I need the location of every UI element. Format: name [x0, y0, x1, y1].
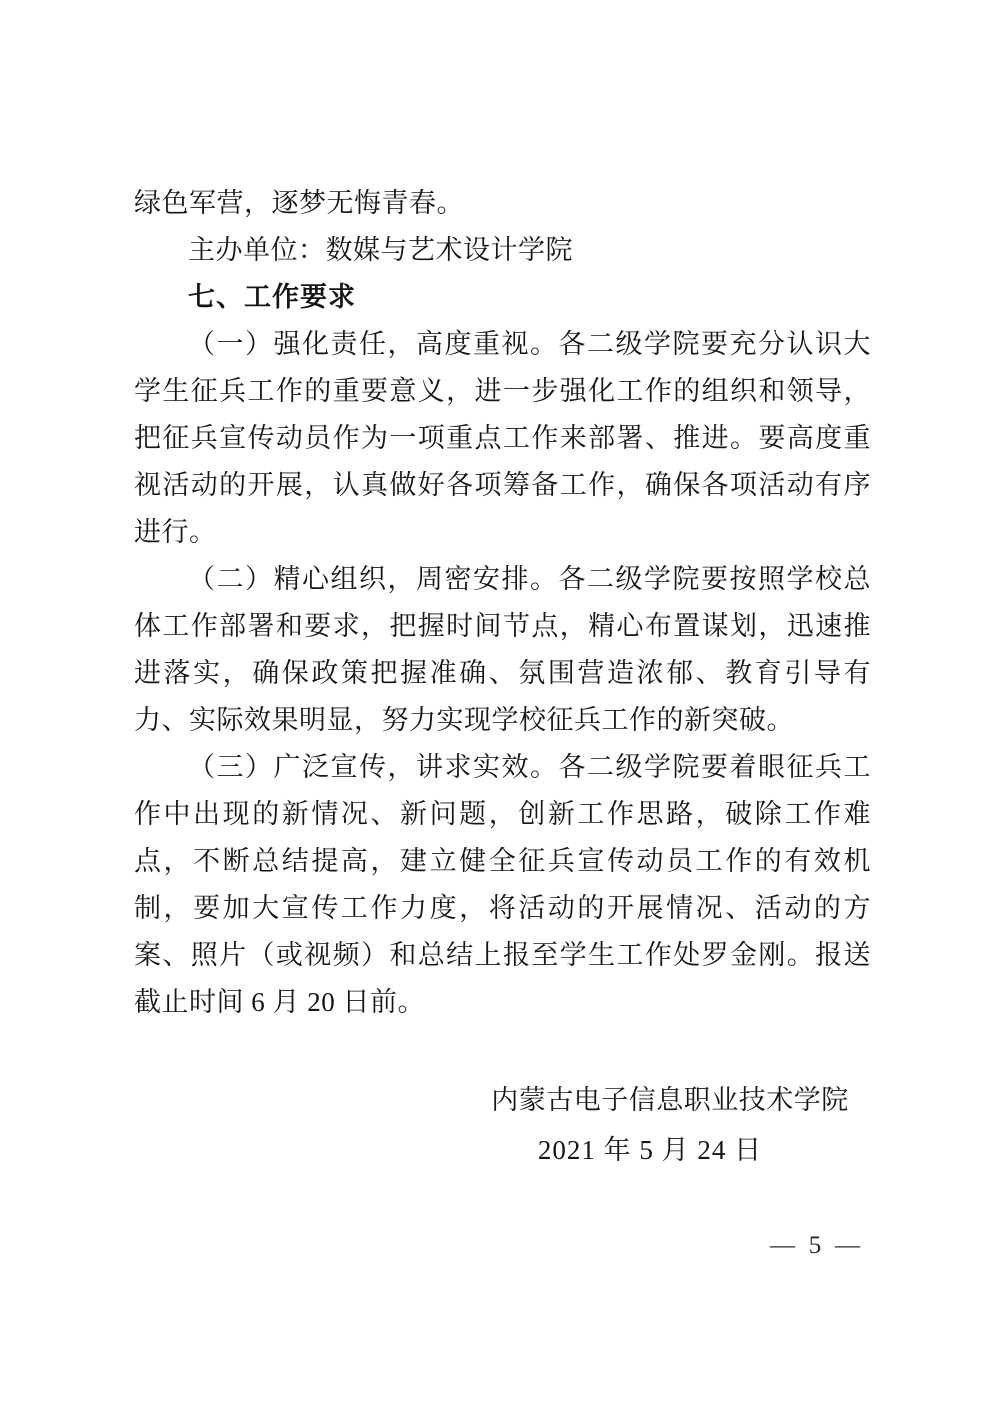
footer-dash-right: — [835, 1232, 860, 1260]
paragraph-1: （一）强化责任，高度重视。各二级学院要充分认识大学生征兵工作的重要意义，进一步强… [134, 321, 871, 556]
document-page: 绿色军营，逐梦无悔青春。 主办单位：数媒与艺术设计学院 七、工作要求 （一）强化… [0, 0, 1000, 1413]
paragraph-2: （二）精心组织，周密安排。各二级学院要按照学校总体工作部署和要求，把握时间节点，… [134, 556, 871, 744]
paragraph-continuation-line: 绿色军营，逐梦无悔青春。 [134, 180, 871, 227]
footer-page-number: 5 [809, 1232, 822, 1260]
organizer-line: 主办单位：数媒与艺术设计学院 [134, 227, 871, 274]
paragraph-3: （三）广泛宣传，讲求实效。各二级学院要着眼征兵工作中出现的新情况、新问题，创新工… [134, 744, 871, 1026]
page-number-footer: — 5 — [770, 1232, 860, 1260]
signature-date: 2021 年 5 月 24 日 [400, 1128, 900, 1167]
section-heading: 七、工作要求 [134, 274, 871, 321]
signature-organization: 内蒙古电子信息职业技术学院 [420, 1078, 920, 1117]
document-body: 绿色军营，逐梦无悔青春。 主办单位：数媒与艺术设计学院 七、工作要求 （一）强化… [134, 180, 871, 1026]
footer-dash-left: — [770, 1232, 795, 1260]
